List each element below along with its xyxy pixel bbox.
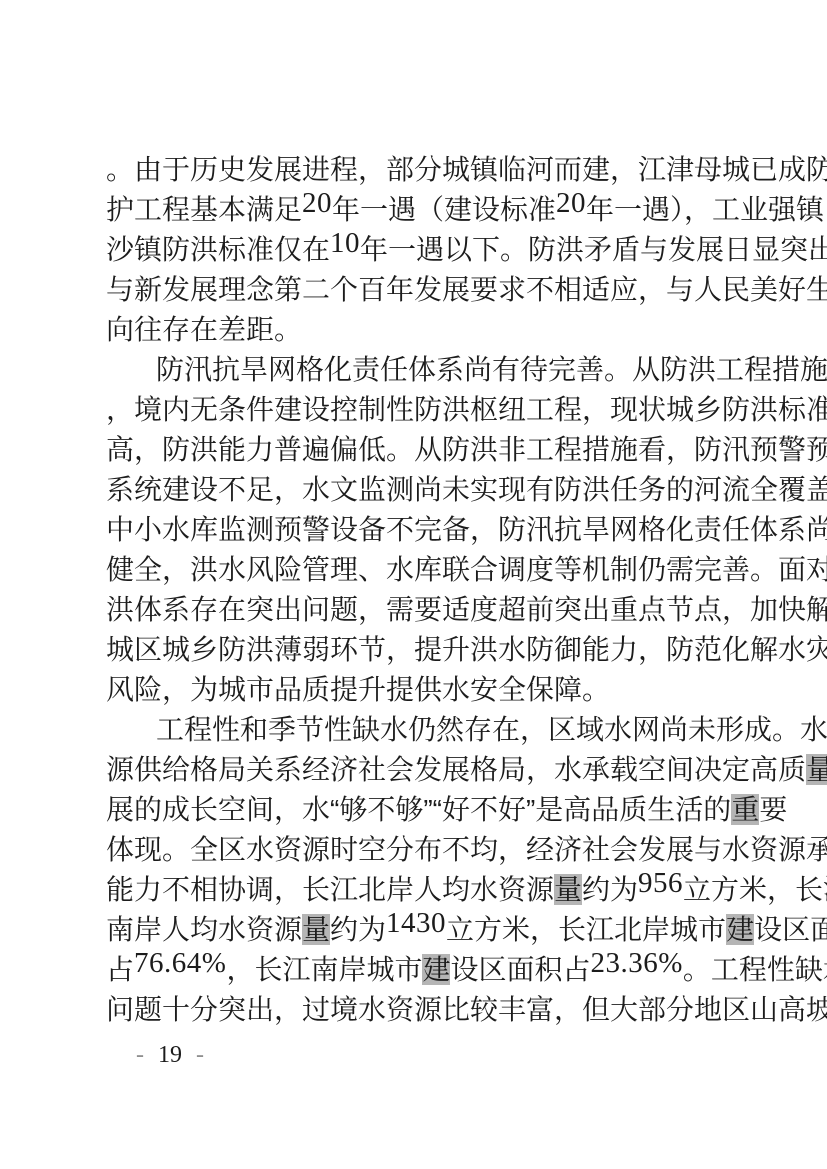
text-line: 中小水库监测预警设备不完备，防汛抗旱网格化责任体系尚不	[106, 510, 728, 550]
text-segment: 约为	[582, 874, 638, 905]
text-line: 能力不相协调，长江北岸人均水资源量约为956立方米，长江	[106, 870, 728, 910]
number-segment: 20	[302, 187, 332, 219]
text-line: 向往存在差距。	[106, 310, 728, 350]
text-segment: 问题十分突出，过境水资源比较丰富，但大部分地区山高坡陡	[106, 994, 827, 1025]
text-line: 。由于历史发展进程，部分城镇临河而建，江津母城已成防洪	[106, 150, 728, 190]
text-line: 高，防洪能力普遍偏低。从防洪非工程措施看，防汛预警预报	[106, 430, 728, 470]
text-line: 展的成长空间，水“够不够”“好不好”是高品质生活的重要	[106, 790, 728, 830]
text-segment: 能力不相协调，长江北岸人均水资源	[106, 874, 554, 905]
text-segment: 风险，为城市品质提升提供水安全保障。	[106, 674, 610, 705]
text-segment: 要	[759, 794, 787, 825]
text-segment: 展的成长空间，水“够不够”“好不好”是高品质生活的	[106, 794, 731, 825]
page-number-dash-left: -	[134, 1042, 146, 1068]
text-line: 防汛抗旱网格化责任体系尚有待完善。从防洪工程措施看	[106, 350, 728, 390]
text-segment: 系统建设不足，水文监测尚未实现有防洪任务的河流全覆盖，	[106, 474, 827, 505]
page-number: -19-	[134, 1040, 206, 1070]
text-segment: 年一遇以下。防洪矛盾与发展日显突出，	[360, 234, 827, 265]
text-line: ，境内无条件建设控制性防洪枢纽工程，现状城乡防洪标准不	[106, 390, 728, 430]
text-segment: 中小水库监测预警设备不完备，防汛抗旱网格化责任体系尚不	[106, 514, 827, 545]
highlighted-char: 量	[806, 754, 827, 785]
text-segment: 。由于历史发展进程，部分城镇临河而建，江津母城已成防洪	[106, 154, 827, 185]
text-line: 护工程基本满足20年一遇（建设标准20年一遇），工业强镇白	[106, 190, 728, 230]
number-segment: 20	[556, 187, 586, 219]
text-segment: 城区城乡防洪薄弱环节，提升洪水防御能力，防范化解水灾害	[106, 634, 827, 665]
text-line: 系统建设不足，水文监测尚未实现有防洪任务的河流全覆盖，	[106, 470, 728, 510]
highlighted-char: 建	[422, 954, 450, 985]
text-line: 源供给格局关系经济社会发展格局，水承载空间决定高质量发	[106, 750, 728, 790]
highlighted-char: 量	[554, 874, 582, 905]
text-segment: 体现。全区水资源时空分布不均，经济社会发展与水资源承载	[106, 834, 827, 865]
text-segment: ，境内无条件建设控制性防洪枢纽工程，现状城乡防洪标准不	[106, 394, 827, 425]
text-segment: 年一遇（建设标准	[332, 194, 556, 225]
text-segment: 与新发展理念第二个百年发展要求不相适应，与人民美好生活	[106, 274, 827, 305]
highlighted-char: 量	[302, 914, 330, 945]
text-segment: 占	[106, 954, 134, 985]
text-line: 城区城乡防洪薄弱环节，提升洪水防御能力，防范化解水灾害	[106, 630, 728, 670]
text-line: 工程性和季节性缺水仍然存在，区域水网尚未形成。水资	[106, 710, 728, 750]
text-segment: 工程性和季节性缺水仍然存在，区域水网尚未形成。水资	[156, 714, 827, 745]
text-line: 体现。全区水资源时空分布不均，经济社会发展与水资源承载	[106, 830, 728, 870]
page-number-dash-right: -	[194, 1042, 206, 1068]
text-segment: 洪体系存在突出问题，需要适度超前突出重点节点，加快解决	[106, 594, 827, 625]
highlighted-char: 建	[726, 914, 754, 945]
text-line: 占76.64%，长江南岸城市建设区面积占23.36%。工程性缺水	[106, 950, 728, 990]
number-segment: 956	[638, 867, 683, 899]
text-segment: 源供给格局关系经济社会发展格局，水承载空间决定高质	[106, 754, 806, 785]
text-segment: 立方米，长江	[683, 874, 827, 905]
number-segment: 10	[330, 227, 360, 259]
text-line: 南岸人均水资源量约为1430立方米，长江北岸城市建设区面积	[106, 910, 728, 950]
text-segment: 沙镇防洪标准仅在	[106, 234, 330, 265]
text-segment: 设区面积占	[450, 954, 590, 985]
text-segment: ，长江南岸城市	[226, 954, 422, 985]
text-line: 沙镇防洪标准仅在10年一遇以下。防洪矛盾与发展日显突出，	[106, 230, 728, 270]
text-line: 问题十分突出，过境水资源比较丰富，但大部分地区山高坡陡	[106, 990, 728, 1030]
highlighted-char: 重	[731, 794, 759, 825]
document-page: 。由于历史发展进程，部分城镇临河而建，江津母城已成防洪护工程基本满足20年一遇（…	[0, 0, 827, 1169]
number-segment: 1430	[386, 907, 446, 939]
text-segment: 立方米，长江北岸城市	[446, 914, 726, 945]
text-line: 健全，洪水风险管理、水库联合调度等机制仍需完善。面对防	[106, 550, 728, 590]
text-segment: 防汛抗旱网格化责任体系尚有待完善。从防洪工程措施看	[156, 354, 827, 385]
body-text: 。由于历史发展进程，部分城镇临河而建，江津母城已成防洪护工程基本满足20年一遇（…	[106, 150, 728, 1030]
number-segment: 23.36%	[590, 947, 682, 979]
text-segment: 护工程基本满足	[106, 194, 302, 225]
text-segment: 向往存在差距。	[106, 314, 302, 345]
text-line: 洪体系存在突出问题，需要适度超前突出重点节点，加快解决	[106, 590, 728, 630]
text-segment: 高，防洪能力普遍偏低。从防洪非工程措施看，防汛预警预报	[106, 434, 827, 465]
text-segment: 健全，洪水风险管理、水库联合调度等机制仍需完善。面对防	[106, 554, 827, 585]
text-segment: 南岸人均水资源	[106, 914, 302, 945]
page-number-value: 19	[146, 1042, 194, 1068]
text-line: 与新发展理念第二个百年发展要求不相适应，与人民美好生活	[106, 270, 728, 310]
text-segment: 年一遇），工业强镇白	[586, 194, 827, 225]
text-segment: 。工程性缺水	[683, 954, 827, 985]
text-line: 风险，为城市品质提升提供水安全保障。	[106, 670, 728, 710]
number-segment: 76.64%	[134, 947, 226, 979]
text-segment: 设区面积	[754, 914, 827, 945]
text-segment: 约为	[330, 914, 386, 945]
